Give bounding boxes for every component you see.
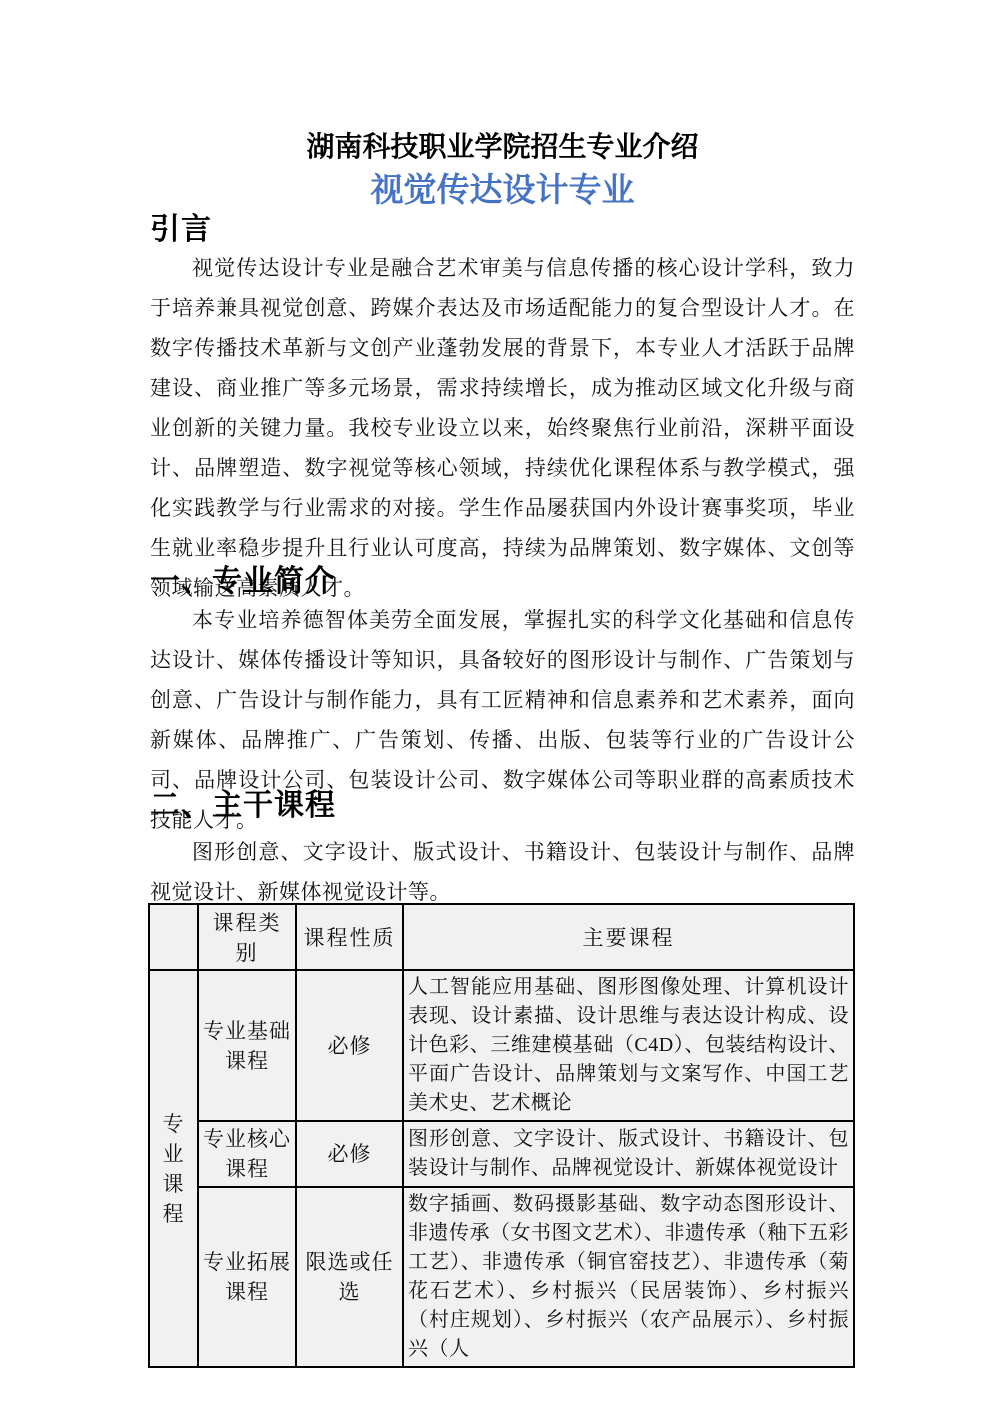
section-heading-intro: 引言: [150, 210, 855, 250]
courses-cell: 数字插画、数码摄影基础、数字动态图形设计、非遗传承（女书图文艺术）、非遗传承（釉…: [403, 1187, 854, 1367]
section-heading-major-overview: 一、专业简介: [150, 562, 855, 602]
table-row-core-courses: 专业核心课程 必修 图形创意、文字设计、版式设计、书籍设计、包装设计与制作、品牌…: [149, 1121, 854, 1187]
header-cell-empty: [149, 904, 198, 970]
page-title: 湖南科技职业学院招生专业介绍: [150, 128, 855, 166]
document-page: { "page": { "title": "湖南科技职业学院招生专业介绍", "…: [0, 0, 1000, 1415]
paragraph-intro: 视觉传达设计专业是融合艺术审美与信息传播的核心设计学科，致力于培养兼具视觉创意、…: [150, 248, 855, 608]
paragraph-main-courses: 图形创意、文字设计、版式设计、书籍设计、包装设计与制作、品牌视觉设计、新媒体视觉…: [150, 832, 855, 912]
table-row-extension-courses: 专业拓展课程 限选或任选 数字插画、数码摄影基础、数字动态图形设计、非遗传承（女…: [149, 1187, 854, 1367]
section-heading-main-courses: 二、主干课程: [150, 786, 855, 826]
nature-cell: 必修: [296, 970, 403, 1121]
header-cell-category: 课程类别: [198, 904, 296, 970]
category-cell: 专业基础课程: [198, 970, 296, 1121]
doc-subtitle: 视觉传达设计专业: [150, 168, 855, 212]
category-cell: 专业拓展课程: [198, 1187, 296, 1367]
category-cell: 专业核心课程: [198, 1121, 296, 1187]
course-table: 课程类别 课程性质 主要课程 专业课程 专业基础课程 必修 人工智能应用基础、图…: [148, 903, 855, 1368]
header-cell-nature: 课程性质: [296, 904, 403, 970]
courses-cell: 人工智能应用基础、图形图像处理、计算机设计表现、设计素描、设计思维与表达设计构成…: [403, 970, 854, 1121]
header-cell-main-courses: 主要课程: [403, 904, 854, 970]
course-table-header-row: 课程类别 课程性质 主要课程: [149, 904, 854, 970]
courses-cell: 图形创意、文字设计、版式设计、书籍设计、包装设计与制作、品牌视觉设计、新媒体视觉…: [403, 1121, 854, 1187]
table-row-basic-courses: 专业课程 专业基础课程 必修 人工智能应用基础、图形图像处理、计算机设计表现、设…: [149, 970, 854, 1121]
nature-cell: 必修: [296, 1121, 403, 1187]
row-group-label-cell: 专业课程: [149, 970, 198, 1367]
nature-cell: 限选或任选: [296, 1187, 403, 1367]
